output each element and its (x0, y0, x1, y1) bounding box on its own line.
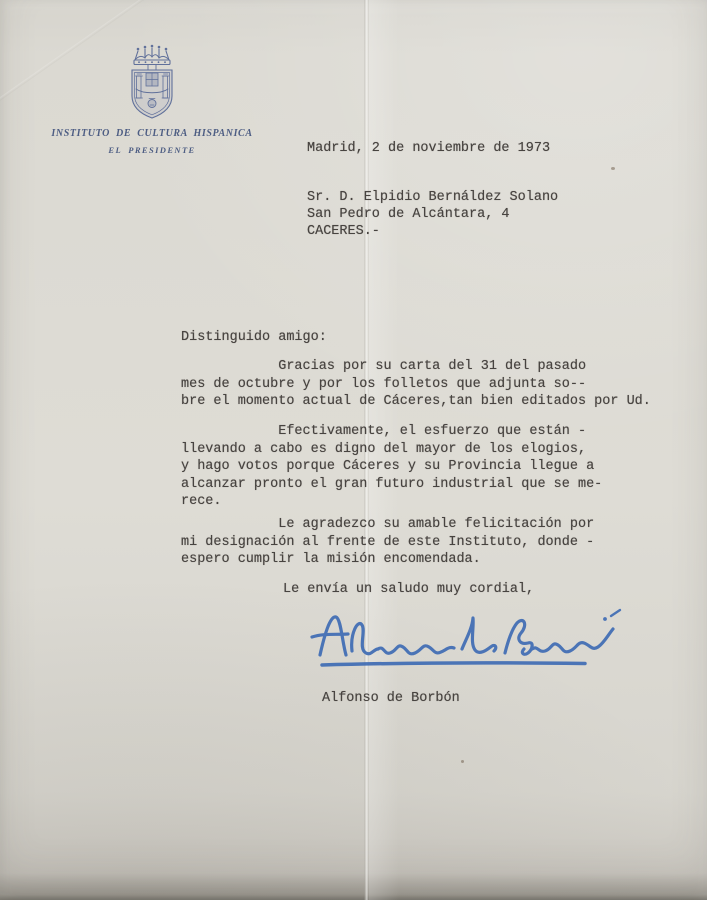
handwritten-signature (300, 603, 630, 673)
letterhead-role: EL PRESIDENTE (32, 145, 272, 155)
scanned-letter-page: INSTITUTO DE CULTURA HISPANICA EL PRESID… (0, 0, 707, 900)
body-paragraph-2: Efectivamente, el esfuerzo que están - l… (181, 423, 602, 511)
date-line: Madrid, 2 de noviembre de 1973 (307, 140, 550, 158)
typed-signature-name: Alfonso de Borbón (322, 690, 460, 708)
closing-line: Le envía un saludo muy cordial, (283, 581, 534, 599)
crest-icon (125, 44, 179, 120)
body-paragraph-3: Le agradezco su amable felicitación por … (181, 516, 594, 569)
letterhead: INSTITUTO DE CULTURA HISPANICA EL PRESID… (32, 44, 272, 155)
recipient-address: Sr. D. Elpidio Bernáldez Solano San Pedr… (307, 189, 558, 240)
salutation: Distinguido amigo: (181, 329, 327, 347)
paper-speck (611, 167, 615, 170)
paper-speck (461, 760, 464, 763)
body-paragraph-1: Gracias por su carta del 31 del pasado m… (181, 358, 651, 411)
letterhead-org-name: INSTITUTO DE CULTURA HISPANICA (32, 128, 272, 139)
